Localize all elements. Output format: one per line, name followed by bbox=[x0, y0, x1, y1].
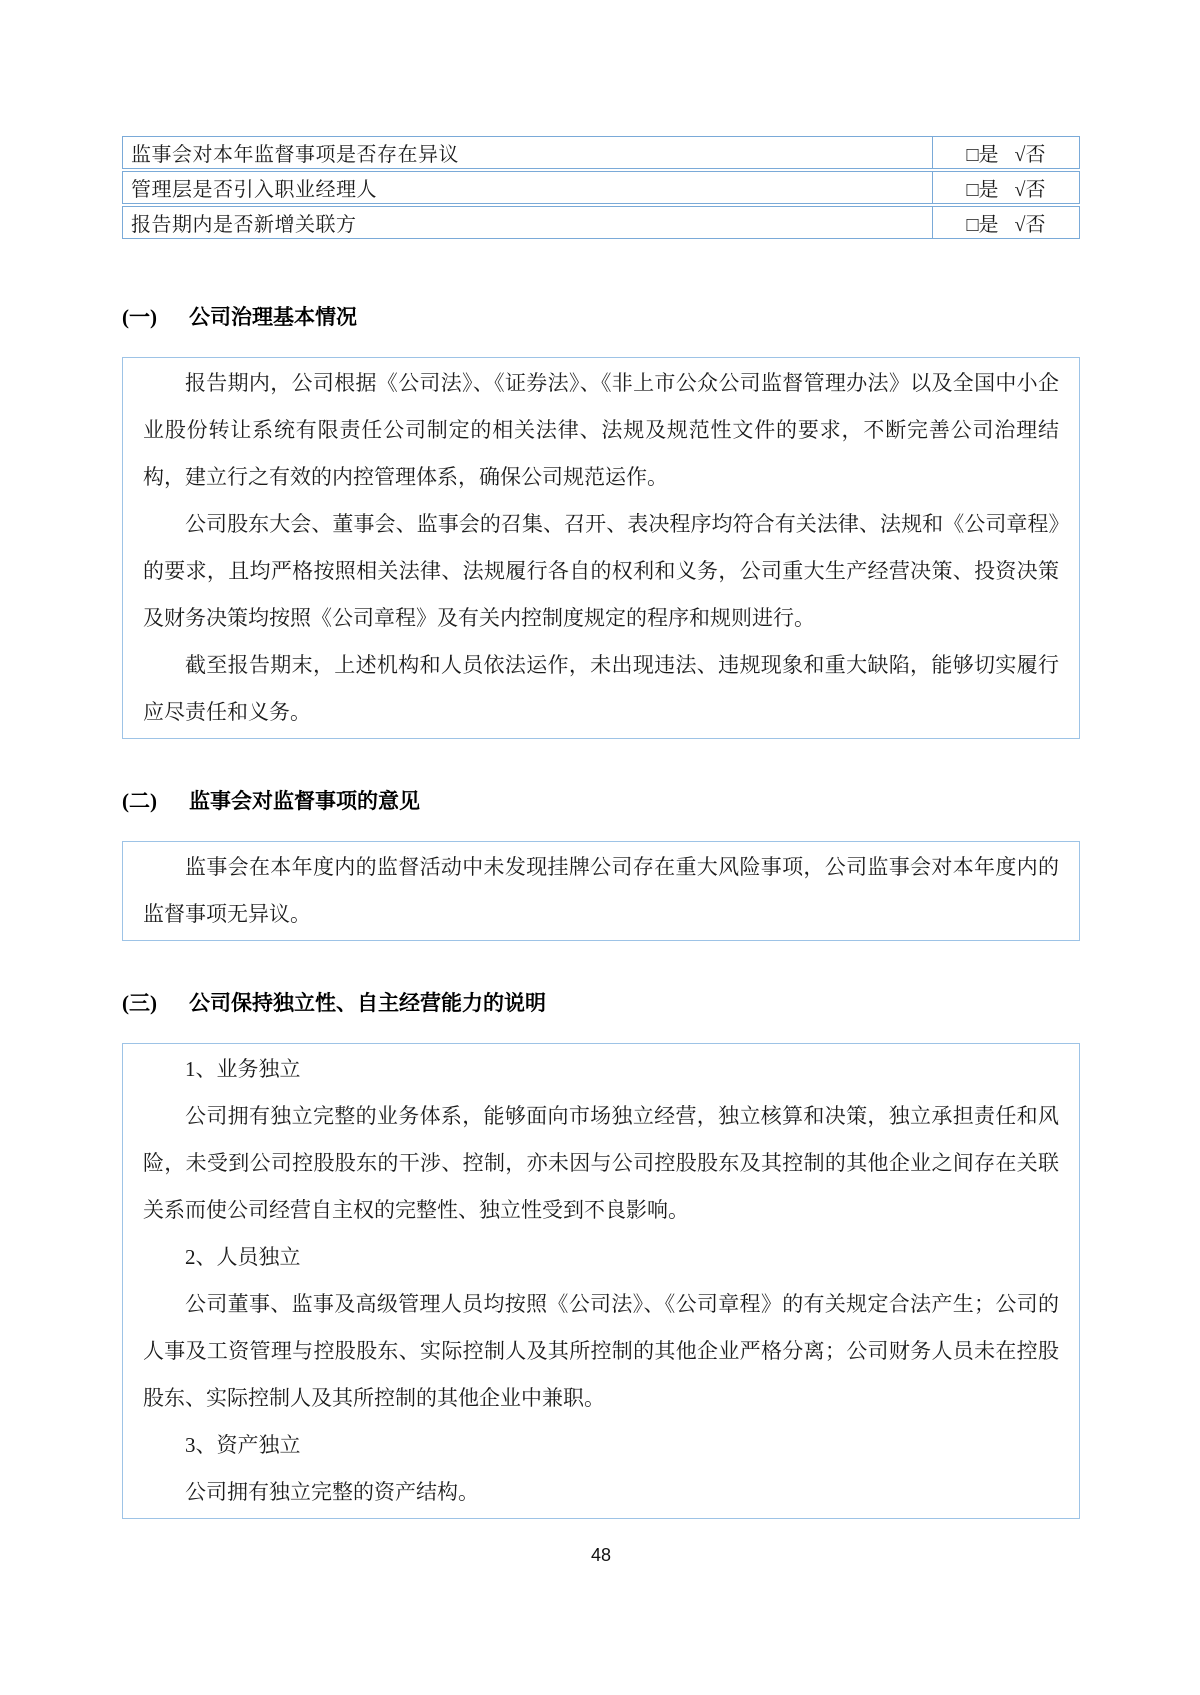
paragraph: 公司拥有独立完整的资产结构。 bbox=[143, 1469, 1059, 1516]
checkbox-no-checked: √否 bbox=[1015, 173, 1046, 202]
section-title: 公司保持独立性、自主经营能力的说明 bbox=[189, 989, 546, 1017]
paragraph: 监事会在本年度内的监督活动中未发现挂牌公司存在重大风险事项，公司监事会对本年度内… bbox=[143, 844, 1059, 938]
section-index: (二) bbox=[122, 787, 189, 815]
page-number: 48 bbox=[122, 1545, 1080, 1566]
table-row: 报告期内是否新增关联方 □是 √否 bbox=[122, 206, 1080, 239]
question-cell: 监事会对本年监督事项是否存在异议 bbox=[123, 137, 932, 168]
section-body-2: 监事会在本年度内的监督活动中未发现挂牌公司存在重大风险事项，公司监事会对本年度内… bbox=[122, 841, 1080, 941]
section-body-1: 报告期内，公司根据《公司法》、《证券法》、《非上市公众公司监督管理办法》以及全国… bbox=[122, 357, 1080, 739]
checkbox-yes-unchecked: □是 bbox=[966, 208, 998, 237]
answer-cell: □是 √否 bbox=[932, 172, 1079, 203]
subsection-heading: 2、人员独立 bbox=[143, 1234, 1059, 1281]
section-title: 监事会对监督事项的意见 bbox=[189, 787, 420, 815]
subsection-heading: 3、资产独立 bbox=[143, 1422, 1059, 1469]
checkbox-yes-unchecked: □是 bbox=[966, 173, 998, 202]
compliance-table: 监事会对本年监督事项是否存在异议 □是 √否 管理层是否引入职业经理人 □是 √… bbox=[122, 0, 1080, 239]
page-content: 监事会对本年监督事项是否存在异议 □是 √否 管理层是否引入职业经理人 □是 √… bbox=[122, 0, 1080, 1566]
section-heading-2: (二) 监事会对监督事项的意见 bbox=[122, 787, 1080, 815]
section-body-3: 1、业务独立 公司拥有独立完整的业务体系，能够面向市场独立经营，独立核算和决策，… bbox=[122, 1043, 1080, 1519]
paragraph: 公司拥有独立完整的业务体系，能够面向市场独立经营，独立核算和决策，独立承担责任和… bbox=[143, 1093, 1059, 1234]
table-row: 管理层是否引入职业经理人 □是 √否 bbox=[122, 171, 1080, 204]
table-row: 监事会对本年监督事项是否存在异议 □是 √否 bbox=[122, 136, 1080, 169]
paragraph: 公司董事、监事及高级管理人员均按照《公司法》、《公司章程》的有关规定合法产生；公… bbox=[143, 1281, 1059, 1422]
section-heading-3: (三) 公司保持独立性、自主经营能力的说明 bbox=[122, 989, 1080, 1017]
document-page: 监事会对本年监督事项是否存在异议 □是 √否 管理层是否引入职业经理人 □是 √… bbox=[0, 0, 1200, 1695]
question-cell: 管理层是否引入职业经理人 bbox=[123, 172, 932, 203]
answer-cell: □是 √否 bbox=[932, 207, 1079, 238]
subsection-heading: 1、业务独立 bbox=[143, 1046, 1059, 1093]
checkbox-no-checked: √否 bbox=[1015, 208, 1046, 237]
section-index: (一) bbox=[122, 303, 189, 331]
answer-cell: □是 √否 bbox=[932, 137, 1079, 168]
checkbox-no-checked: √否 bbox=[1015, 138, 1046, 167]
paragraph: 公司股东大会、董事会、监事会的召集、召开、表决程序均符合有关法律、法规和《公司章… bbox=[143, 501, 1059, 642]
paragraph: 报告期内，公司根据《公司法》、《证券法》、《非上市公众公司监督管理办法》以及全国… bbox=[143, 360, 1059, 501]
section-heading-1: (一) 公司治理基本情况 bbox=[122, 303, 1080, 331]
section-index: (三) bbox=[122, 989, 189, 1017]
section-title: 公司治理基本情况 bbox=[189, 303, 357, 331]
checkbox-yes-unchecked: □是 bbox=[966, 138, 998, 167]
question-cell: 报告期内是否新增关联方 bbox=[123, 207, 932, 238]
paragraph: 截至报告期末，上述机构和人员依法运作，未出现违法、违规现象和重大缺陷，能够切实履… bbox=[143, 642, 1059, 736]
